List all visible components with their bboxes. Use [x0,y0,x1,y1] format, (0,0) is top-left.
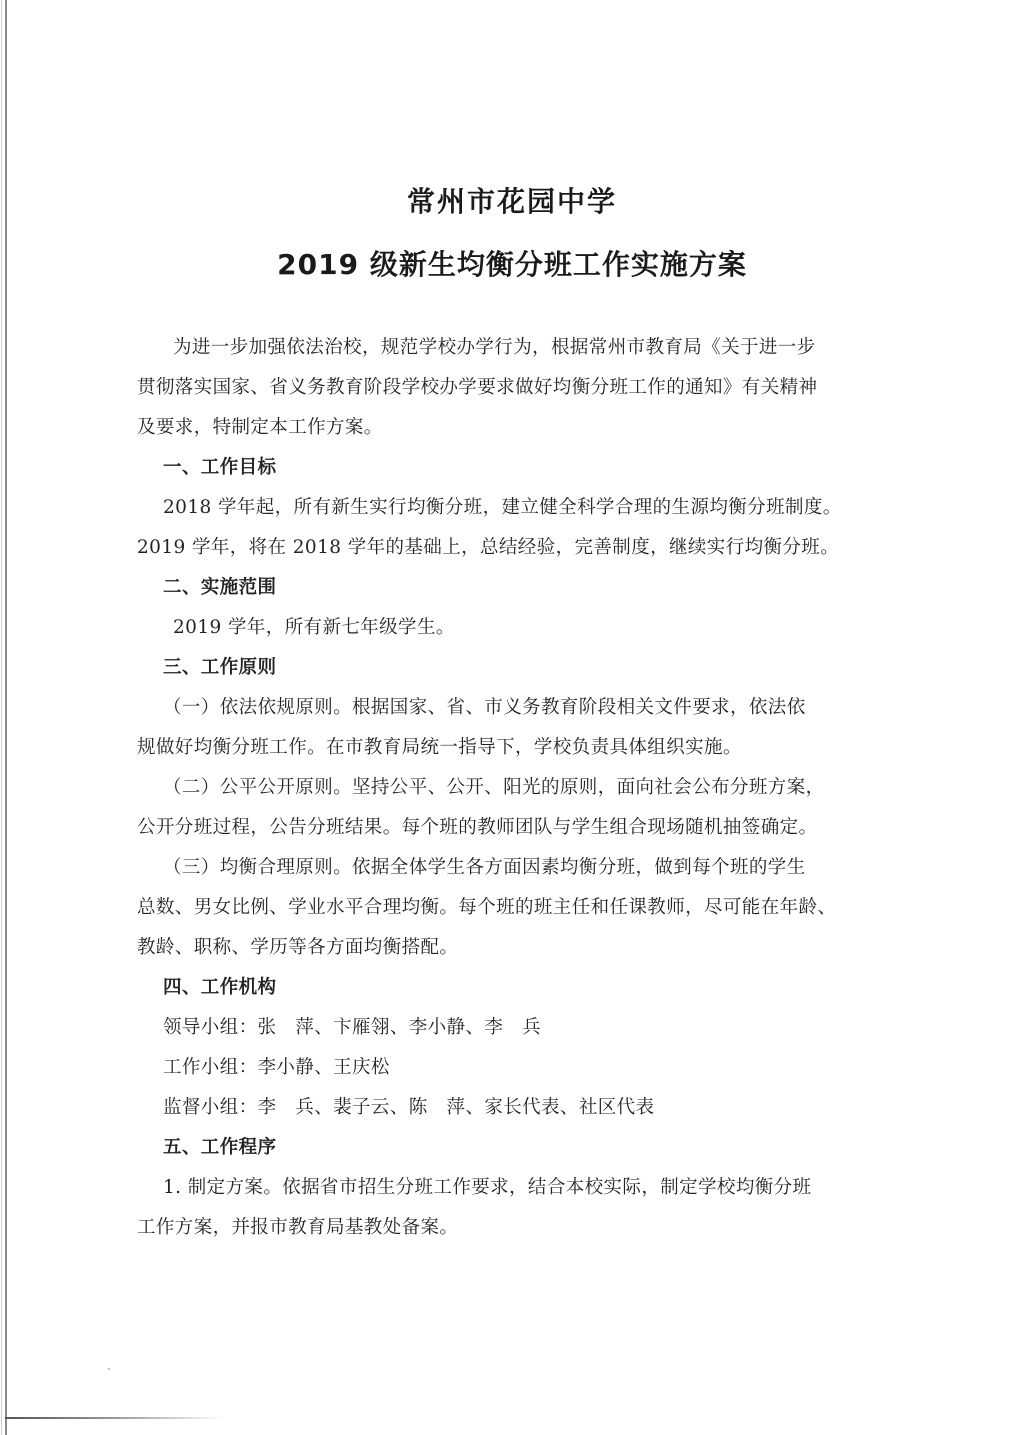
bottom-rule [5,1417,225,1419]
paragraph-line: （一）依法依规原则。根据国家、省、市义务教育阶段相关文件要求，依法依 [137,688,806,728]
paragraph-line: 2018 学年起，所有新生实行均衡分班，建立健全科学合理的生源均衡分班制度。 [137,488,842,528]
intro-line: 为进一步加强依法治校，规范学校办学行为，根据常州市教育局《关于进一步 [137,328,816,368]
group-supervision: 监督小组：李 兵、裴子云、陈 萍、家长代表、社区代表 [137,1088,654,1128]
paragraph-line: 1. 制定方案。依据省市招生分班工作要求，结合本校实际，制定学校均衡分班 [137,1168,811,1208]
section-heading: 二、实施范围 [137,568,276,608]
group-label: 工作小组： [163,1057,258,1078]
document-title: 常州市花园中学 [0,180,1024,220]
paragraph-line: 公开分班过程，公告分班结果。每个班的教师团队与学生组合现场随机抽签确定。 [137,808,817,848]
paragraph-line: 2019 学年，将在 2018 学年的基础上，总结经验，完善制度，继续实行均衡分… [137,528,839,568]
intro-line: 及要求，特制定本工作方案。 [137,408,383,448]
scan-speck [108,1368,110,1370]
paragraph-line: 工作方案，并报市教育局基教处备案。 [137,1208,458,1248]
group-label: 领导小组： [163,1017,258,1038]
group-members: 李小静、王庆松 [258,1057,390,1078]
paragraph-line: 教龄、职称、学历等各方面均衡搭配。 [137,928,458,968]
group-members: 张 萍、卞雁翎、李小静、李 兵 [258,1017,542,1038]
intro-line: 贯彻落实国家、省义务教育阶段学校办学要求做好均衡分班工作的通知》有关精神 [137,368,817,408]
section-heading: 四、工作机构 [137,968,276,1008]
section-heading: 五、工作程序 [137,1128,276,1168]
document-subtitle: 2019 级新生均衡分班工作实施方案 [0,243,1024,283]
group-leadership: 领导小组：张 萍、卞雁翎、李小静、李 兵 [137,1008,541,1048]
section-heading: 三、工作原则 [137,648,276,688]
group-label: 监督小组： [163,1097,258,1118]
paragraph-line: （三）均衡合理原则。依据全体学生各方面因素均衡分班，做到每个班的学生 [137,848,806,888]
group-members: 李 兵、裴子云、陈 萍、家长代表、社区代表 [258,1097,655,1118]
section-heading: 一、工作目标 [137,448,276,488]
paragraph-line: （二）公平公开原则。坚持公平、公开、阳光的原则，面向社会公布分班方案， [137,768,825,808]
paragraph-line: 总数、男女比例、学业水平合理均衡。每个班的班主任和任课教师，尽可能在年龄、 [137,888,836,928]
group-working: 工作小组：李小静、王庆松 [137,1048,390,1088]
paragraph-line: 规做好均衡分班工作。在市教育局统一指导下，学校负责具体组织实施。 [137,728,742,768]
paragraph-line: 2019 学年，所有新七年级学生。 [137,608,455,648]
